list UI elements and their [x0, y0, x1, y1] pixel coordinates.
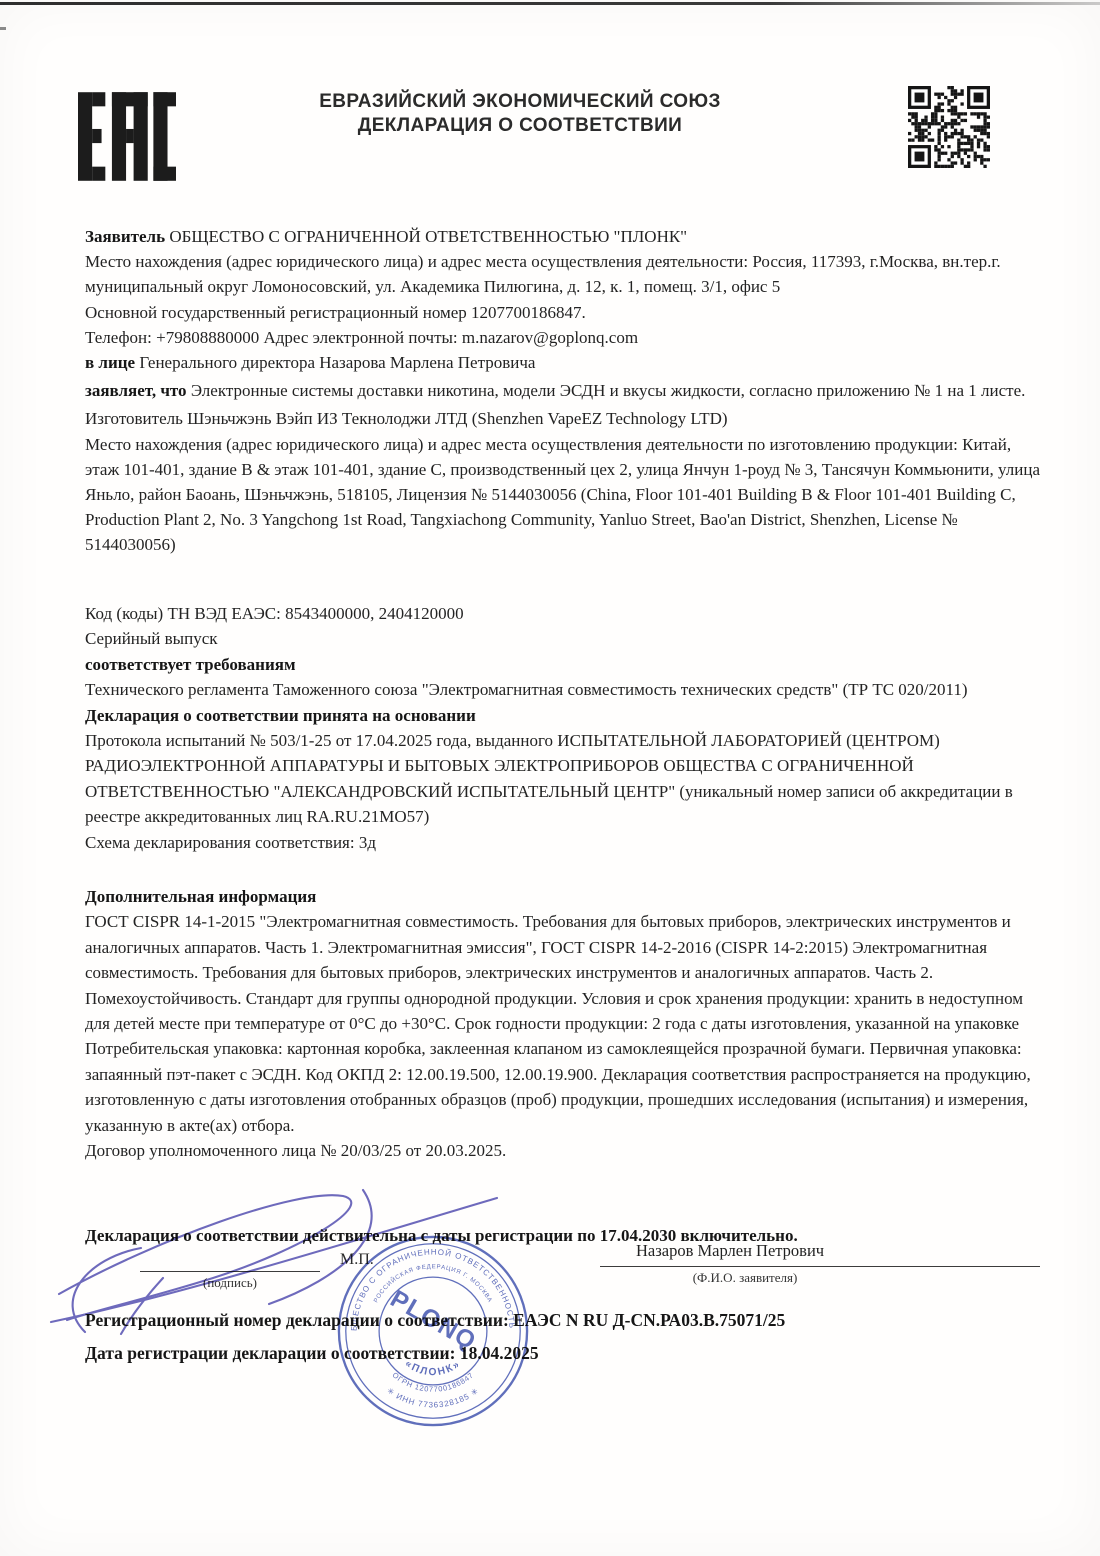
manufacturer-line: Изготовитель Шэньчжэнь Вэйп ИЗ Текнолодж…: [85, 406, 1042, 431]
scan-artifact-mark: [0, 27, 6, 30]
applicant-ogrn: Основной государственный регистрационный…: [85, 300, 1042, 325]
additional-text-1: ГОСТ CISPR 14-1-2015 "Электромагнитная с…: [85, 909, 1042, 1036]
applicant-contacts: Телефон: +79808880000 Адрес электронной …: [85, 325, 1042, 350]
basis-text: Протокола испытаний № 503/1-25 от 17.04.…: [85, 728, 1042, 830]
applicant-line: Заявитель ОБЩЕСТВО С ОГРАНИЧЕННОЙ ОТВЕТС…: [85, 224, 1042, 249]
qr-code-icon: [908, 86, 990, 168]
fio-caption: (Ф.И.О. заявителя): [595, 1270, 895, 1286]
requirements-section: Код (коды) ТН ВЭД ЕАЭС: 8543400000, 2404…: [85, 601, 1042, 855]
scan-artifact-line: [0, 2, 1100, 5]
applicant-section: Заявитель ОБЩЕСТВО С ОГРАНИЧЕННОЙ ОТВЕТС…: [85, 224, 1042, 558]
declares-label: заявляет, что: [85, 381, 187, 400]
title-union: ЕВРАЗИЙСКИЙ ЭКОНОМИЧЕСКИЙ СОЮЗ: [255, 90, 785, 114]
in-person-label: в лице: [85, 353, 135, 372]
stamp-logo-plonq: PLONQ: [386, 1285, 481, 1356]
in-person-value: Генерального директора Назарова Марлена …: [135, 353, 535, 372]
declares-line: заявляет, что Электронные системы достав…: [85, 378, 1042, 403]
additional-info-section: Дополнительная информация ГОСТ CISPR 14-…: [85, 884, 1042, 1163]
scheme-line: Схема декларирования соответствия: 3д: [85, 830, 1042, 855]
registration-number-value: ЕАЭС N RU Д-CN.РА03.В.75071/25: [509, 1310, 785, 1330]
registration-date-line: Дата регистрации декларации о соответств…: [85, 1343, 1042, 1364]
fio-line: [600, 1266, 1040, 1267]
complies-text: Технического регламента Таможенного союз…: [85, 677, 1042, 702]
basis-label: Декларация о соответствии принята на осн…: [85, 703, 1042, 728]
company-round-stamp: ОБЩЕСТВО С ОГРАНИЧЕННОЙ ОТВЕТСТВЕННОСТЬЮ…: [335, 1233, 531, 1429]
serial-issue: Серийный выпуск: [85, 626, 1042, 651]
document-title: ЕВРАЗИЙСКИЙ ЭКОНОМИЧЕСКИЙ СОЮЗ ДЕКЛАРАЦИ…: [255, 90, 785, 138]
applicant-name: ОБЩЕСТВО С ОГРАНИЧЕННОЙ ОТВЕТСТВЕННОСТЬЮ…: [165, 227, 687, 246]
applicant-fio: Назаров Марлен Петрович: [636, 1241, 824, 1261]
manufacturer-address: Место нахождения (адрес юридического лиц…: [85, 432, 1042, 558]
applicant-in-person: в лице Генерального директора Назарова М…: [85, 350, 1042, 375]
additional-label: Дополнительная информация: [85, 884, 1042, 909]
tnved-codes: Код (коды) ТН ВЭД ЕАЭС: 8543400000, 2404…: [85, 601, 1042, 626]
stamp-company-name: «ПЛОНК»: [403, 1358, 463, 1378]
declares-value: Электронные системы доставки никотина, м…: [187, 381, 1026, 400]
eac-mark-icon: [78, 92, 176, 181]
applicant-label: Заявитель: [85, 227, 165, 246]
contract-line: Договор уполномоченного лица № 20/03/25 …: [85, 1138, 1042, 1163]
applicant-address: Место нахождения (адрес юридического лиц…: [85, 249, 1042, 299]
title-declaration: ДЕКЛАРАЦИЯ О СООТВЕТСТВИИ: [255, 114, 785, 138]
complies-label: соответствует требованиям: [85, 652, 1042, 677]
declaration-document: ЕВРАЗИЙСКИЙ ЭКОНОМИЧЕСКИЙ СОЮЗ ДЕКЛАРАЦИ…: [0, 0, 1100, 1556]
additional-text-2: Потребительская упаковка: картонная коро…: [85, 1036, 1042, 1138]
